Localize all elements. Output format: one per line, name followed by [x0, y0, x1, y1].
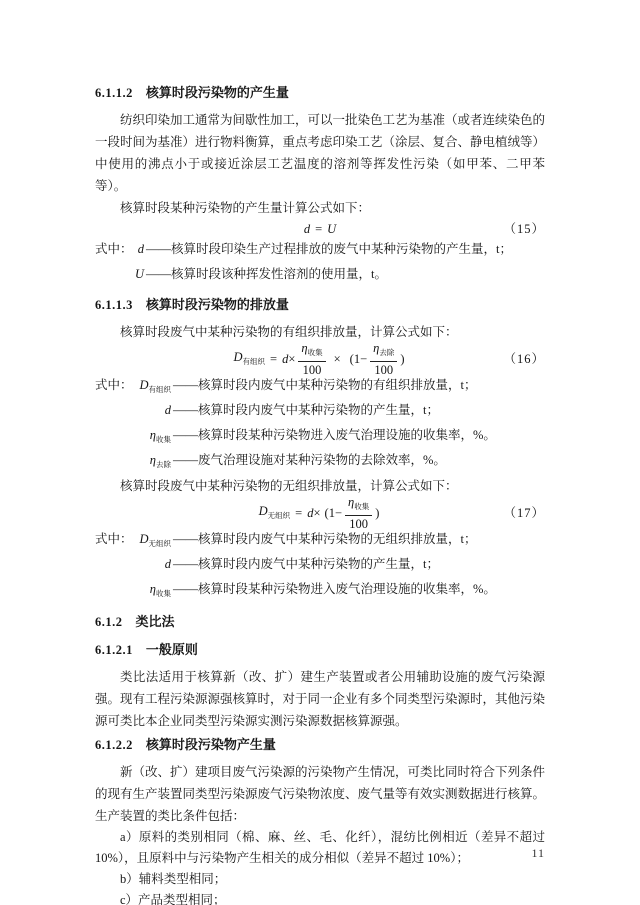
formula-lhs: D无组织 — [259, 500, 291, 527]
symbol: η收集 — [135, 425, 171, 450]
equals-sign: = — [295, 502, 302, 524]
symbol: η去除 — [135, 450, 171, 475]
heading-number: 6.1.2 — [95, 614, 123, 631]
definition-prefix — [95, 264, 135, 289]
heading-title: 核算时段污染物的产生量 — [146, 84, 289, 101]
definition-prefix — [95, 400, 135, 425]
fraction-collection: η收集 100 — [345, 496, 372, 530]
heading-title: 类比法 — [136, 613, 175, 630]
symbol: d — [135, 239, 144, 264]
paragraph: 新（改、扩）建项目废气污染源的污染物产生情况，可类比同时符合下列条件的现有生产装… — [95, 761, 545, 827]
symbol: U — [135, 264, 144, 289]
definition-row: 式中： D无组织 ——核算时段内废气中某种污染物的无组织排放量，t； — [95, 529, 545, 554]
definition-prefix: 式中： — [95, 375, 135, 400]
formula-15: d = U （15） — [95, 219, 545, 239]
heading-title: 核算时段污染物的排放量 — [146, 296, 289, 313]
definition-row: d ——核算时段内废气中某种污染物的产生量，t； — [95, 554, 545, 579]
definition-row: η收集 ——核算时段某种污染物进入废气治理设施的收集率，%。 — [95, 579, 545, 604]
symbol: d — [135, 400, 171, 425]
list-item-c: c）产品类型相同； — [95, 890, 545, 905]
paragraph: 类比法适用于核算新（改、扩）建生产装置或者公用辅助设施的废气污染源强。现有工程污… — [95, 666, 545, 732]
list-item-b: b）辅料类型相同； — [95, 869, 545, 890]
formula-lhs: D有组织 — [233, 346, 265, 373]
definition-text: ——核算时段印染生产过程排放的废气中某种污染物的产生量，t； — [146, 239, 545, 264]
definition-text: ——核算时段内废气中某种污染物的无组织排放量，t； — [173, 529, 545, 554]
heading-number: 6.1.2.1 — [95, 642, 133, 659]
definition-text: ——核算时段内废气中某种污染物的产生量，t； — [173, 400, 545, 425]
heading-number: 6.1.1.2 — [95, 85, 133, 102]
paragraph: 核算时段废气中某种污染物的无组织排放量，计算公式如下： — [95, 475, 545, 497]
paren-open: (1− — [350, 348, 367, 370]
definition-prefix — [95, 425, 135, 450]
symbol: D有组织 — [135, 375, 171, 400]
definition-text: ——核算时段内废气中某种污染物的有组织排放量，t； — [173, 375, 545, 400]
formula-16: D有组织 = d× η收集 100 × (1− η去除 100 ) （16） — [95, 343, 545, 375]
coefficient: d× — [282, 348, 295, 370]
equation-number: （15） — [503, 218, 545, 240]
formula-lhs: d — [304, 218, 310, 240]
formula-17: D无组织 = d× (1− η收集 100 ) （17） — [95, 497, 545, 529]
paren-close: ) — [400, 348, 404, 370]
heading-title: 核算时段污染物产生量 — [146, 736, 276, 753]
definition-row: U ——核算时段该种挥发性溶剂的使用量，t。 — [95, 264, 545, 289]
symbol: D无组织 — [135, 529, 171, 554]
definition-prefix: 式中： — [95, 529, 135, 554]
definition-row: η收集 ——核算时段某种污染物进入废气治理设施的收集率，%。 — [95, 425, 545, 450]
coefficient: d× — [307, 502, 320, 524]
definition-prefix — [95, 554, 135, 579]
definition-text: ——核算时段内废气中某种污染物的产生量，t； — [173, 554, 545, 579]
equation-number: （16） — [503, 348, 545, 370]
fraction-collection: η收集 100 — [298, 342, 325, 376]
symbol: d — [135, 554, 171, 579]
definition-prefix — [95, 579, 135, 604]
heading-title: 一般原则 — [146, 641, 198, 658]
definition-row: 式中： D有组织 ——核算时段内废气中某种污染物的有组织排放量，t； — [95, 375, 545, 400]
paren-open: (1− — [325, 502, 342, 524]
equals-sign: = — [315, 218, 322, 240]
paragraph: 核算时段废气中某种污染物的有组织排放量，计算公式如下： — [95, 321, 545, 343]
definition-text: ——核算时段某种污染物进入废气治理设施的收集率，%。 — [173, 425, 545, 450]
heading-6121: 6.1.2.1 一般原则 — [95, 641, 545, 659]
equals-sign: = — [270, 348, 277, 370]
definition-row: η去除 ——废气治理设施对某种污染物的去除效率，%。 — [95, 450, 545, 475]
definition-prefix: 式中： — [95, 239, 135, 264]
page-content: 6.1.1.2 核算时段污染物的产生量 纺织印染加工通常为间歇性加工，可以一批染… — [95, 0, 545, 905]
heading-612: 6.1.2 类比法 — [95, 613, 545, 631]
definition-text: ——核算时段某种污染物进入废气治理设施的收集率，%。 — [173, 579, 545, 604]
definition-row: d ——核算时段内废气中某种污染物的产生量，t； — [95, 400, 545, 425]
heading-6113: 6.1.1.3 核算时段污染物的排放量 — [95, 296, 545, 314]
paragraph: 核算时段某种污染物的产生量计算公式如下： — [95, 197, 545, 219]
times-sign: × — [334, 348, 341, 370]
paragraph: 纺织印染加工通常为间歇性加工，可以一批染色工艺为基准（或者连续染色的一段时间为基… — [95, 109, 545, 197]
definition-text: ——核算时段该种挥发性溶剂的使用量，t。 — [146, 264, 545, 289]
paren-close: ) — [375, 502, 379, 524]
definition-row: 式中： d ——核算时段印染生产过程排放的废气中某种污染物的产生量，t； — [95, 239, 545, 264]
symbol: η收集 — [135, 579, 171, 604]
fraction-removal: η去除 100 — [370, 342, 397, 376]
definition-prefix — [95, 450, 135, 475]
formula-rhs: U — [327, 218, 336, 240]
heading-6122: 6.1.2.2 核算时段污染物产生量 — [95, 736, 545, 754]
heading-number: 6.1.2.2 — [95, 737, 133, 754]
definition-text: ——废气治理设施对某种污染物的去除效率，%。 — [173, 450, 545, 475]
page-number: 11 — [531, 846, 545, 861]
document-page: 6.1.1.2 核算时段污染物的产生量 纺织印染加工通常为间歇性加工，可以一批染… — [0, 0, 640, 905]
heading-number: 6.1.1.3 — [95, 297, 133, 314]
list-item-a: a）原料的类别相同（棉、麻、丝、毛、化纤），混纺比例相近（差异不超过 10%），… — [95, 827, 545, 869]
heading-6112: 6.1.1.2 核算时段污染物的产生量 — [95, 84, 545, 102]
equation-number: （17） — [503, 502, 545, 524]
